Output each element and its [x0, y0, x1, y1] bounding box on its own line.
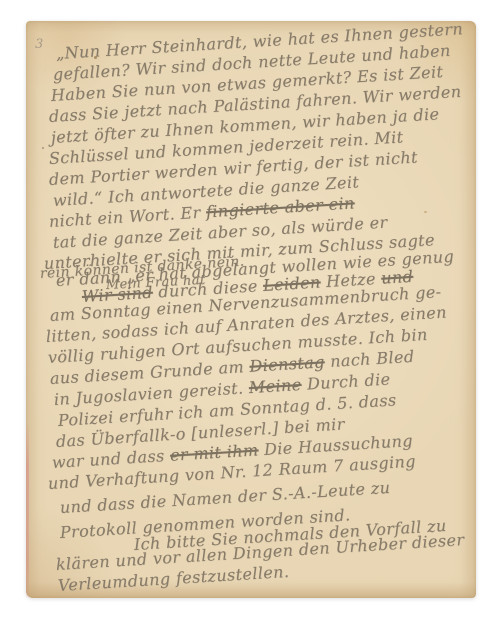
handwriting-text: Durch die	[301, 369, 391, 393]
scan-background: 3 „Nun Herr Steinhardt, wie hat es Ihnen…	[0, 0, 493, 623]
handwriting-layer: „Nun Herr Steinhardt, wie hat es Ihnen g…	[26, 21, 476, 598]
struck-text: Dienstag	[249, 352, 325, 376]
struck-text: Meine	[248, 375, 302, 397]
letter-page: 3 „Nun Herr Steinhardt, wie hat es Ihnen…	[26, 21, 476, 598]
handwriting-text: nach Bled	[324, 347, 415, 371]
